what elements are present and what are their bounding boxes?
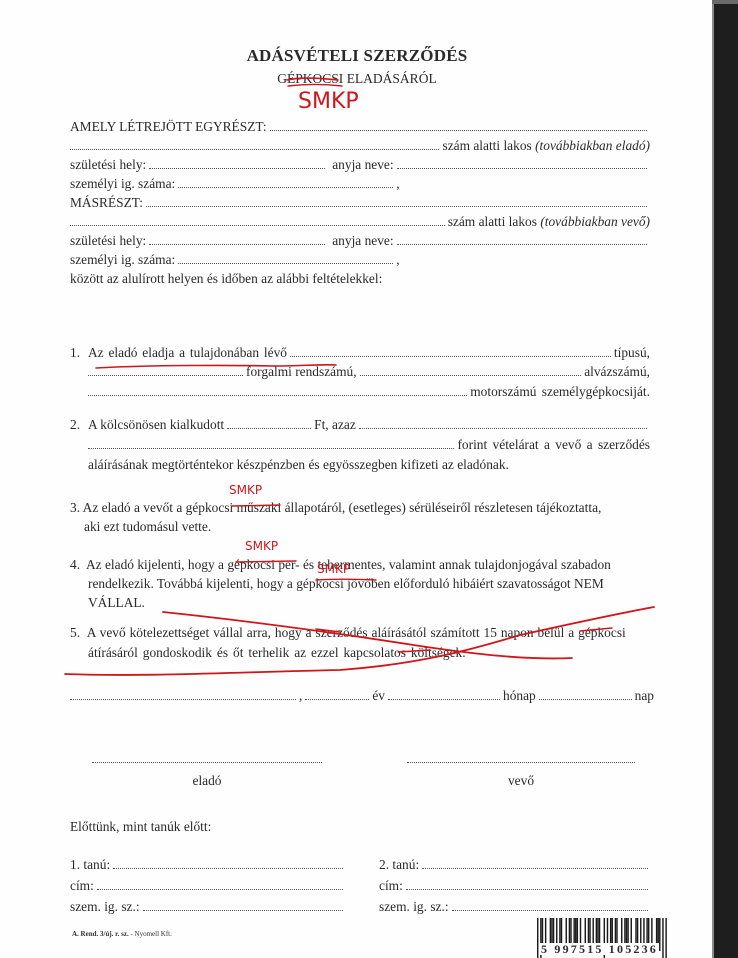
witness-1-address-field[interactable] — [97, 878, 343, 890]
buyer-birth-line: születési hely: anyja neve: — [70, 233, 650, 249]
witness-2-id-line: szem. ig. sz.: — [379, 899, 651, 915]
buyer-id-field[interactable] — [178, 252, 393, 264]
seller-signature-label: eladó — [92, 773, 322, 789]
seller-intro-label: AMELY LÉTREJÖTT EGYRÉSZT: — [70, 119, 267, 135]
witness-1-id-label: szem. ig. sz.: — [70, 899, 140, 915]
clause-4-text-a: Az eladó kijelenti, hogy a — [86, 557, 224, 572]
witness-1-name-field[interactable] — [113, 857, 343, 869]
clause-2-text: A kölcsönösen kialkudott — [88, 417, 224, 433]
scan-edge-top — [712, 0, 738, 4]
buyer-name-line: MÁSRÉSZT: — [70, 195, 650, 211]
buyer-signature-label: vevő — [407, 773, 635, 789]
witness-2-id-field[interactable] — [452, 899, 648, 911]
buyer-mother-label: anyja neve: — [332, 233, 393, 249]
buyer-id-label: személyi ig. száma: — [70, 252, 175, 268]
witness-2-name-field[interactable] — [422, 857, 648, 869]
clause-2-line-3: aláírásának megtörténtekor készpénzben é… — [88, 457, 509, 473]
struck-word-gepkocsi: GÉPKOCSI — [277, 71, 343, 86]
clause-4-line-2: rendelkezik. Továbbá kijelenti, hogy a g… — [88, 576, 604, 592]
seller-birth-line: születési hely: anyja neve: — [70, 157, 650, 173]
price-number-field[interactable] — [227, 417, 311, 429]
barcode-number: 5 997515 105236 — [540, 943, 659, 955]
buyer-address-suffix: szám alatti lakos — [448, 214, 537, 230]
vehicle-make-field[interactable] — [290, 345, 611, 357]
witnesses-heading: Előttünk, mint tanúk előtt: — [70, 819, 211, 835]
witness-2-address-label: cím: — [379, 878, 403, 894]
seller-address-suffix: szám alatti lakos — [442, 138, 531, 154]
month-field[interactable] — [388, 688, 500, 700]
engine-number-field[interactable] — [88, 384, 467, 396]
parties-closing-text: között az alulírott helyen és időben az … — [70, 271, 382, 287]
witness-2-address-field[interactable] — [406, 878, 648, 890]
witness-1-address-line: cím: — [70, 878, 346, 894]
clause-2-line-1: 2. A kölcsönösen kialkudott Ft, azaz — [70, 417, 650, 433]
clause-4-text-d: jövőben előforduló hibáiért szavatosságo… — [347, 576, 604, 591]
struck-word-gepkocsi-c4a: gépkocsi — [227, 557, 275, 572]
price-words-field[interactable] — [359, 417, 647, 429]
clause-3-text-b: műszaki állapotáról, (esetleges) sérülés… — [237, 500, 602, 515]
month-label: hónap — [503, 688, 536, 704]
witness-1-name-line: 1. tanú: — [70, 857, 346, 873]
clause-4-text-c: rendelkezik. Továbbá kijelenti, hogy a — [88, 576, 293, 591]
chassis-number-field[interactable] — [360, 364, 582, 376]
struck-word-gepkocsi-c3: gépkocsi — [186, 500, 234, 515]
clause-1-line-2: forgalmi rendszámú, alvázszámú, — [88, 364, 650, 380]
clause-1-line-1: 1. Az eladó eladja a tulajdonában lévő t… — [70, 345, 650, 361]
year-label: év — [372, 688, 385, 704]
clause-4-line-3: VÁLLAL. — [88, 595, 145, 611]
clause-2-line-2: forint vételárat a vevő a szerződés — [88, 437, 650, 453]
seller-name-field[interactable] — [270, 119, 647, 131]
day-field[interactable] — [539, 688, 632, 700]
seller-id-field[interactable] — [178, 176, 393, 188]
subtitle-rest: ELADÁSÁRÓL — [343, 71, 436, 86]
clause-4-line-1: 4. Az eladó kijelenti, hogy a gépkocsi p… — [70, 557, 650, 573]
witness-1-id-field[interactable] — [143, 899, 343, 911]
seller-id-comma: , — [396, 176, 399, 192]
buyer-role-note: (továbbiakban vevő) — [540, 214, 650, 230]
form-code-text: A. Rend. 3/új. r. sz. — [72, 930, 129, 938]
seller-id-label: személyi ig. száma: — [70, 176, 175, 192]
clause-2-ft-azaz: Ft, azaz — [314, 417, 356, 433]
buyer-id-comma: , — [396, 252, 399, 268]
buyer-address-line: szám alatti lakos (továbbiakban vevő) — [70, 214, 650, 230]
clause-4-text-b: per- és tehermentes, valamint annak tula… — [278, 557, 611, 572]
seller-id-line: személyi ig. száma: , — [70, 176, 400, 192]
form-code: A. Rend. 3/új. r. sz. - Nyomell Kft. — [72, 930, 172, 938]
document-title: ADÁSVÉTELI SZERZŐDÉS — [0, 46, 714, 66]
license-plate-field[interactable] — [88, 364, 243, 376]
day-label: nap — [635, 688, 654, 704]
scan-edge-shadow — [712, 0, 738, 958]
clause-3-line-1: 3. Az eladó a vevőt a gépkocsi műszaki á… — [70, 500, 650, 516]
clause-4-number: 4. — [70, 557, 80, 572]
clause-1-text: Az eladó eladja a tulajdonában lévő — [88, 345, 287, 361]
seller-name-line: AMELY LÉTREJÖTT EGYRÉSZT: — [70, 119, 650, 135]
buyer-signature-field[interactable] — [407, 752, 635, 763]
seller-mother-label: anyja neve: — [332, 157, 393, 173]
buyer-birthplace-field[interactable] — [149, 233, 325, 245]
seller-signature-field[interactable] — [92, 752, 322, 763]
witness-1-name-label: 1. tanú: — [70, 857, 110, 873]
year-field[interactable] — [305, 688, 369, 700]
seller-birthplace-label: születési hely: — [70, 157, 146, 173]
buyer-birthplace-label: születési hely: — [70, 233, 146, 249]
clause-3-line-2: aki ezt tudomásul vette. — [84, 519, 211, 535]
witness-2-name-label: 2. tanú: — [379, 857, 419, 873]
clause-3-number: 3. — [70, 500, 80, 515]
buyer-address-field[interactable] — [70, 214, 445, 226]
clause-1-motorszam-label: motorszámú személygépkocsiját. — [470, 384, 650, 400]
seller-address-field[interactable] — [70, 138, 439, 150]
clause-1-number: 1. — [70, 345, 88, 361]
clause-3-text-a: Az eladó a vevőt a — [83, 500, 183, 515]
clause-1-rendszam-label: forgalmi rendszámú, — [246, 364, 357, 380]
clause-5-line-1: 5. A vevő kötelezettséget vállal arra, h… — [70, 625, 626, 641]
publisher-text: - Nyomell Kft. — [129, 930, 172, 938]
seller-mother-field[interactable] — [397, 157, 647, 169]
clause-5-line-2: átírásáról gondoskodik és őt terhelik az… — [88, 645, 466, 661]
buyer-intro-label: MÁSRÉSZT: — [70, 195, 143, 211]
seller-birthplace-field[interactable] — [149, 157, 325, 169]
struck-word-gepkocsi-c4b: gépkocsi — [296, 576, 344, 591]
clause-5-text-1: A vevő kötelezettséget vállal arra, hogy… — [87, 625, 626, 640]
price-words-field-2[interactable] — [88, 437, 454, 449]
buyer-mother-field[interactable] — [397, 233, 647, 245]
witness-1-address-label: cím: — [70, 878, 94, 894]
buyer-name-field[interactable] — [146, 195, 647, 207]
witness-2-id-label: szem. ig. sz.: — [379, 899, 449, 915]
clause-5-number: 5. — [70, 625, 80, 640]
clause-1-line-3: motorszámú személygépkocsiját. — [88, 384, 650, 400]
witness-2-address-line: cím: — [379, 878, 651, 894]
witness-2-name-line: 2. tanú: — [379, 857, 651, 873]
contract-page: ADÁSVÉTELI SZERZŐDÉS GÉPKOCSI ELADÁSÁRÓL… — [0, 0, 714, 958]
seller-address-line: szám alatti lakos (továbbiakban eladó) — [70, 138, 650, 154]
buyer-id-line: személyi ig. száma: , — [70, 252, 400, 268]
document-subtitle: GÉPKOCSI ELADÁSÁRÓL — [0, 71, 714, 87]
clause-2-forint-text: forint vételárat a vevő a szerződés — [457, 437, 650, 453]
date-place-line: , év hónap nap — [70, 688, 654, 704]
witness-1-id-line: szem. ig. sz.: — [70, 899, 346, 915]
date-comma: , — [299, 688, 302, 704]
seller-role-note: (továbbiakban eladó) — [535, 138, 650, 154]
clause-2-number: 2. — [70, 417, 88, 433]
clause-1-tipusu: típusú, — [614, 345, 650, 361]
place-field[interactable] — [70, 688, 296, 700]
clause-1-alvazszam-label: alvázszámú, — [584, 364, 650, 380]
